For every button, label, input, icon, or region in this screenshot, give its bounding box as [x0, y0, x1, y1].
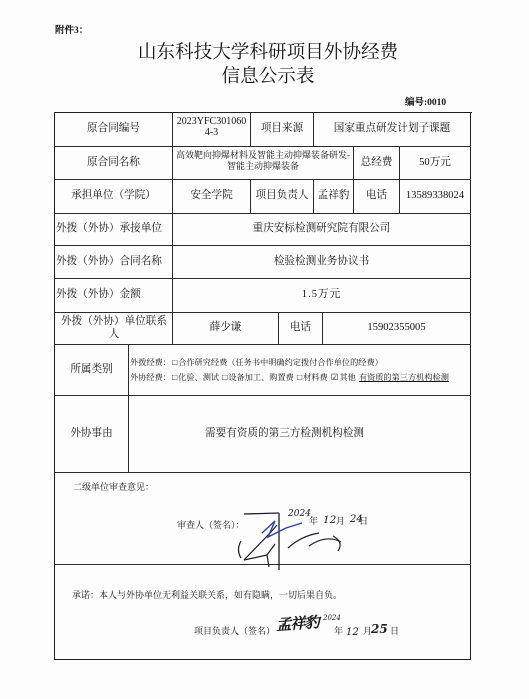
checkbox-unchecked-icon[interactable]: □: [297, 373, 302, 383]
project-leader-label: 项目负责人: [251, 180, 314, 214]
checkbox-unchecked-icon[interactable]: □: [172, 358, 177, 368]
outsource-amount-label: 外拨（外协）金额: [55, 279, 173, 313]
category-line-allocated: 外拨经费：□合作研究经费（任务书中明确约定拨付合作单位的经费）: [130, 358, 383, 368]
option-label: 化验、测试: [178, 373, 219, 382]
value-text: 薛少谦: [210, 322, 242, 334]
review-day-unit: 日: [359, 516, 368, 526]
pledge-date-year: 2024: [323, 614, 341, 622]
value-text: 孟祥豹: [318, 190, 350, 202]
label-text: 外拨（外协）合同名称: [56, 256, 162, 268]
contract-no-line1: 2023YFC301060: [177, 116, 246, 127]
total-funding-value: 50万元: [400, 147, 471, 180]
project-source-value: 国家重点研发计划子课题: [314, 113, 471, 147]
category-value: 外拨经费：□合作研究经费（任务书中明确约定拨付合作单位的经费） 外协经费：□化验…: [129, 345, 471, 396]
project-leader-value: 孟祥豹: [314, 180, 354, 214]
reason-label: 外协事由: [55, 396, 129, 473]
leader-phone-label: 电话: [354, 180, 400, 214]
review-date-month: 12: [323, 514, 336, 526]
outsource-contract-name-value: 检验检测业务协议书: [173, 246, 471, 279]
label-text: 所属类别: [70, 364, 112, 376]
option-label: 材料费: [303, 373, 328, 382]
value-text: 15902355005: [367, 322, 425, 334]
value-text: 需要有资质的第三方检测机构检测: [205, 428, 364, 440]
label-text: 项目负责人: [256, 190, 309, 202]
outsource-amount-value: 1.5万元: [173, 279, 471, 313]
label-text: 电话: [290, 322, 311, 334]
option-label: 设备加工、购置费: [228, 373, 294, 382]
label-text: 外拨（外协）承接单位: [56, 223, 162, 235]
checkbox-unchecked-icon[interactable]: □: [172, 373, 177, 383]
serial-number: 编号:0010: [405, 94, 446, 108]
contact-phone-label: 电话: [279, 313, 323, 345]
category-label: 所属类别: [55, 345, 129, 396]
original-contract-name-value: 高效靶向抑爆材料及智能主动抑爆装备研发- 智能主动抑爆装备: [173, 147, 354, 180]
label-text: 项目来源: [261, 123, 303, 135]
value-text: 国家重点研发计划子课题: [334, 123, 451, 135]
review-year-unit: 年: [309, 516, 318, 526]
label-text: 承担单位（学院）: [71, 190, 156, 202]
document-title-line2: 信息公示表: [0, 62, 529, 88]
label-text: 外拨（外协）金额: [56, 289, 141, 301]
category-prefix: 外拨经费：: [130, 358, 171, 367]
value-text: 50万元: [419, 157, 451, 169]
option-label: 其他: [339, 373, 355, 382]
attachment-label: 附件3：: [55, 22, 88, 36]
contractor-unit-label: 外拨（外协）承接单位: [55, 214, 173, 246]
leader-signer-label: 项目负责人（签名）: [194, 626, 275, 636]
pledge-date-day: 25: [371, 623, 388, 637]
other-detail: 有资质的第三方机构检测: [356, 373, 450, 382]
checkbox-checked-icon[interactable]: ☑: [331, 373, 339, 383]
review-section: 二级单位审查意见： 审查人（签名）： 2024 年 12 月 24 日: [55, 473, 471, 565]
option-label: 合作研究经费（任务书中明确约定拨付合作单位的经费）: [178, 358, 383, 367]
value-text: 重庆安标检测研究院有限公司: [253, 223, 391, 235]
contract-name-line1: 高效靶向抑爆材料及智能主动抑爆装备研发-: [176, 150, 350, 161]
contractor-unit-value: 重庆安标检测研究院有限公司: [173, 214, 471, 246]
pledge-day-unit: 日: [390, 626, 399, 636]
label-text: 外协事由: [70, 428, 112, 440]
label-text: 电话: [366, 190, 387, 202]
info-table: 原合同编号 2023YFC301060 4-3 项目来源 国家重点研发计划子课题…: [54, 112, 472, 660]
pledge-section: 承诺：本人与外协单位无利益关联关系，如有隐瞒，一切后果自负。 项目负责人（签名）…: [55, 565, 471, 660]
category-prefix: 外协经费：: [130, 373, 171, 382]
total-funding-label: 总经费: [354, 147, 400, 180]
label-text: 原合同名称: [87, 157, 140, 169]
label-text: 外拨（外协）单位联系人: [56, 316, 172, 340]
contract-no-line2: 4-3: [205, 127, 218, 138]
outsource-contract-name-label: 外拨（外协）合同名称: [55, 246, 173, 279]
category-line-assist: 外协经费：□化验、测试 □设备加工、购置费 □材料费 ☑其他有资质的第三方机构检…: [130, 373, 450, 383]
contact-phone-value: 15902355005: [323, 313, 471, 345]
original-contract-name-label: 原合同名称: [55, 147, 173, 180]
outsource-contact-label: 外拨（外协）单位联系人: [55, 313, 173, 345]
original-contract-no-value: 2023YFC301060 4-3: [173, 113, 251, 147]
outsource-contact-value: 薛少谦: [173, 313, 279, 345]
leader-phone-value: 13589338024: [400, 180, 471, 214]
review-date-year: 2024: [288, 509, 311, 519]
review-title: 二级单位审查意见：: [73, 482, 154, 492]
value-text: 1.5万元: [302, 289, 341, 301]
review-month-unit: 月: [336, 516, 345, 526]
pledge-year-unit: 年: [334, 626, 343, 636]
project-source-label: 项目来源: [251, 113, 314, 147]
label-text: 原合同编号: [87, 123, 140, 135]
pledge-text: 承诺：本人与外协单位无利益关联关系，如有隐瞒，一切后果自负。: [72, 590, 342, 600]
value-text: 安全学院: [190, 190, 232, 202]
original-contract-no-label: 原合同编号: [55, 113, 173, 147]
document-title-line1: 山东科技大学科研项目外协经费: [0, 38, 529, 64]
contract-name-line2: 智能主动抑爆装备: [227, 161, 299, 172]
reason-value: 需要有资质的第三方检测机构检测: [129, 396, 471, 473]
undertaking-unit-label: 承担单位（学院）: [55, 180, 173, 214]
label-text: 总经费: [361, 157, 393, 169]
leader-signature: 孟祥豹: [275, 615, 321, 635]
pledge-date-month: 12: [346, 627, 359, 639]
undertaking-unit-value: 安全学院: [173, 180, 251, 214]
value-text: 13589338024: [406, 190, 464, 202]
value-text: 检验检测业务协议书: [274, 256, 369, 268]
checkbox-unchecked-icon[interactable]: □: [222, 373, 227, 383]
